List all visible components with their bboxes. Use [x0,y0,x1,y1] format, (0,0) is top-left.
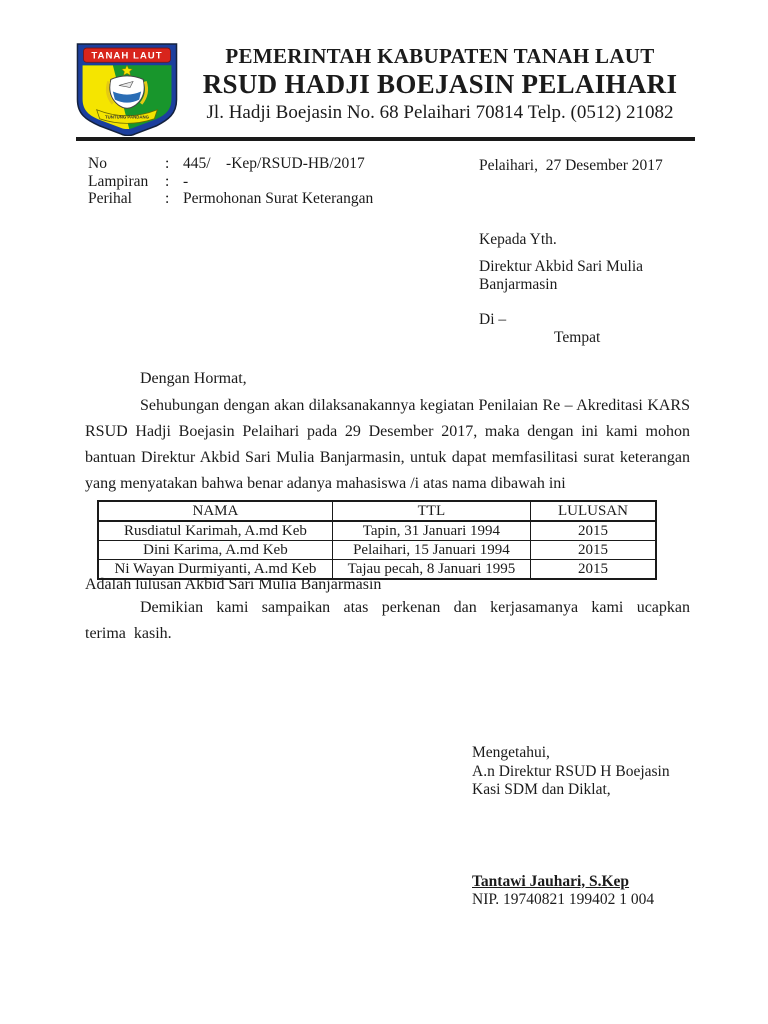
spacer [479,249,643,258]
government-name: PEMERINTAH KABUPATEN TANAH LAUT [180,44,700,69]
header-nama: NAMA [98,501,332,521]
table-note: Adalah lulusan Akbid Sari Mulia Banjarma… [85,576,381,594]
recipient-city: Banjarmasin [479,276,643,294]
letter-meta: No : 445/ -Kep/RSUD-HB/2017 Lampiran : -… [88,155,373,208]
meta-row-perihal: Perihal : Permohonan Surat Keterangan [88,190,373,208]
signature-on-behalf: A.n Direktur RSUD H Boejasin [472,763,670,782]
cell-lulusan: 2015 [530,560,656,580]
cell-nama: Rusdiatul Karimah, A.md Keb [98,521,332,541]
closing-block: Demikian kami sampaikan atas perkenan da… [85,595,690,647]
meta-label: Perihal [88,190,165,208]
signature-mengetahui: Mengetahui, [472,744,670,763]
cell-ttl: Pelaihari, 15 Januari 1994 [332,541,530,560]
tanah-laut-logo-icon: TANAH LAUT TUNTUNG PANDANG [74,41,180,136]
greeting: Dengan Hormat, [85,370,690,388]
meta-colon: : [165,190,183,208]
closing-paragraph: Demikian kami sampaikan atas perkenan da… [85,595,690,647]
recipient-salutation: Kepada Yth. [479,231,643,249]
signature-block: Mengetahui, A.n Direktur RSUD H Boejasin… [472,744,670,910]
meta-colon: : [165,155,183,173]
recipient-block: Kepada Yth. Direktur Akbid Sari Mulia Ba… [479,231,643,347]
signatory-name: Tantawi Jauhari, S.Kep [472,873,670,892]
meta-label: Lampiran [88,173,165,191]
meta-row-no: No : 445/ -Kep/RSUD-HB/2017 [88,155,373,173]
meta-colon: : [165,173,183,191]
recipient-name: Direktur Akbid Sari Mulia [479,258,643,276]
letter-page: TANAH LAUT TUNTUNG PANDANG PEMERINTAH KA… [0,0,768,1024]
letter-number: 445/ -Kep/RSUD-HB/2017 [183,155,365,173]
header-lulusan: LULUSAN [530,501,656,521]
subject-value: Permohonan Surat Keterangan [183,190,373,208]
meta-row-lampiran: Lampiran : - [88,173,373,191]
cell-lulusan: 2015 [530,541,656,560]
opening-paragraph: Sehubungan dengan akan dilaksanakannya k… [85,393,690,497]
hospital-address: Jl. Hadji Boejasin No. 68 Pelaihari 7081… [180,102,700,124]
students-table: NAMA TTL LULUSAN Rusdiatul Karimah, A.md… [97,500,657,580]
signatory-nip: NIP. 19740821 199402 1 004 [472,891,670,910]
place-and-date: Pelaihari, 27 Desember 2017 [479,157,663,175]
attachment-value: - [183,173,188,191]
letterhead-divider [76,137,695,141]
table-row: Rusdiatul Karimah, A.md Keb Tapin, 31 Ja… [98,521,656,541]
letterhead: PEMERINTAH KABUPATEN TANAH LAUT RSUD HAD… [180,44,700,124]
signature-position: Kasi SDM dan Diklat, [472,781,670,800]
recipient-place: Tempat [554,329,643,347]
table-row: Dini Karima, A.md Keb Pelaihari, 15 Janu… [98,541,656,560]
header-ttl: TTL [332,501,530,521]
cell-ttl: Tapin, 31 Januari 1994 [332,521,530,541]
letter-body: Dengan Hormat, Sehubungan dengan akan di… [85,370,690,497]
logo-ribbon-text: TUNTUNG PANDANG [105,114,150,119]
signature-space [472,800,670,873]
recipient-di: Di – [479,311,643,329]
table-header-row: NAMA TTL LULUSAN [98,501,656,521]
hospital-name: RSUD HADJI BOEJASIN PELAIHARI [180,69,700,101]
spacer [479,294,643,311]
logo-banner-text: TANAH LAUT [91,51,162,62]
meta-label: No [88,155,165,173]
cell-nama: Dini Karima, A.md Keb [98,541,332,560]
cell-lulusan: 2015 [530,521,656,541]
